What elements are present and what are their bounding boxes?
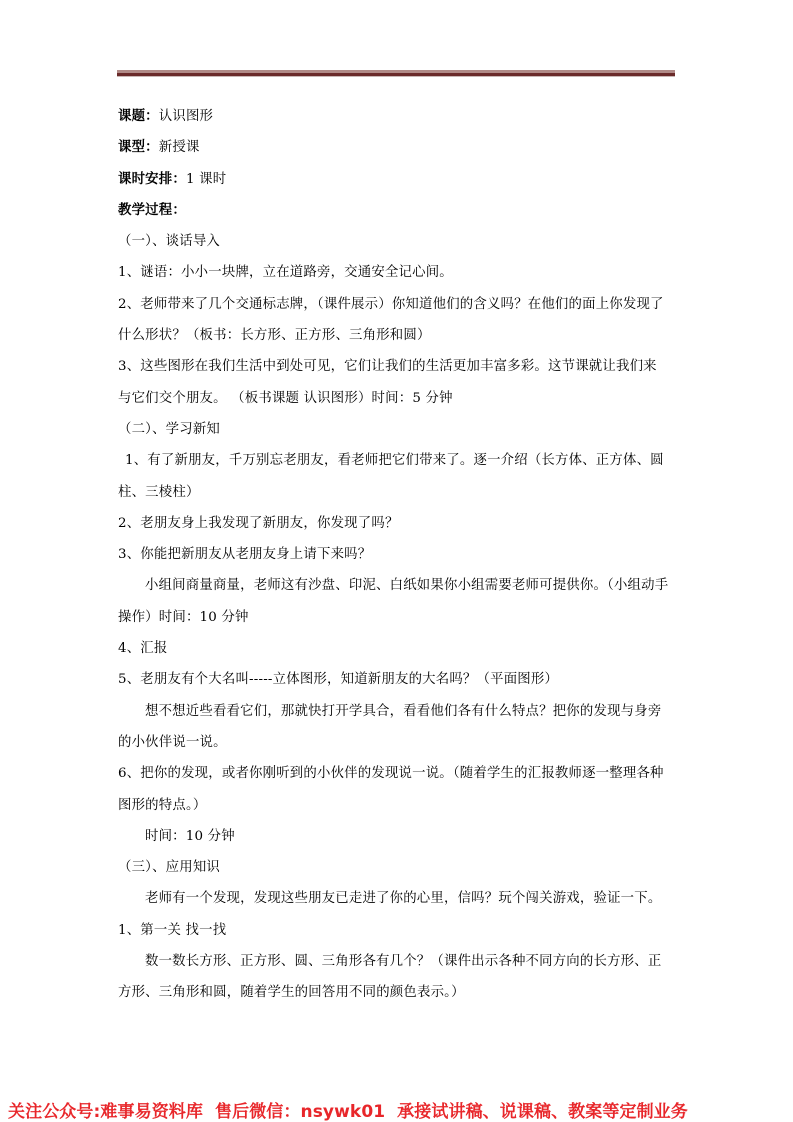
paragraph: 1、第一关 找一找	[118, 915, 678, 946]
header-rule-thin	[117, 76, 675, 77]
footer-account: 关注公众号:难事易资料库	[8, 1102, 203, 1122]
footer-wechat-id: nsywk01	[301, 1102, 386, 1122]
paragraph: 数一数长方形、正方形、圆、三角形各有几个？（课件出示各种不同方向的长方形、正	[118, 946, 678, 977]
section-2-title: （二）、学习新知	[118, 414, 678, 445]
header-rule	[117, 70, 675, 77]
footer-wechat-label: 售后微信：	[215, 1102, 301, 1122]
paragraph: 方形、三角形和圆，随着学生的回答用不同的颜色表示。）	[118, 977, 678, 1008]
section-3-title: （三）、应用知识	[118, 852, 678, 883]
paragraph: 2、老朋友身上我发现了新朋友，你发现了吗？	[118, 508, 678, 539]
topic-label: 课题：	[118, 108, 159, 124]
document-body: 课题：认识图形 课型：新授课 课时安排：1 课时 教学过程： （一）、谈话导入 …	[118, 101, 678, 1009]
paragraph: 老师有一个发现，发现这些朋友已走进了你的心里，信吗？玩个闯关游戏，验证一下。	[118, 883, 678, 914]
hours-line: 课时安排：1 课时	[118, 164, 678, 195]
paragraph: 4、汇报	[118, 633, 678, 664]
paragraph: 的小伙伴说一说。	[118, 727, 678, 758]
hours-value: 1 课时	[186, 172, 226, 187]
topic-value: 认识图形	[159, 109, 213, 124]
paragraph: 柱、三棱柱）	[118, 477, 678, 508]
footer-watermark: 关注公众号:难事易资料库售后微信：nsywk01承接试讲稿、说课稿、教案等定制业…	[8, 1097, 688, 1122]
paragraph: 图形的特点。）	[118, 790, 678, 821]
paragraph: 1、谜语：小小一块牌，立在道路旁，交通安全记心间。	[118, 257, 678, 288]
paragraph: 什么形状？（板书：长方形、正方形、三角形和圆）	[118, 320, 678, 351]
paragraph: 3、你能把新朋友从老朋友身上请下来吗？	[118, 539, 678, 570]
type-value: 新授课	[159, 140, 200, 155]
paragraph: 3、这些图形在我们生活中到处可见，它们让我们的生活更加丰富多彩。这节课就让我们来	[118, 351, 678, 382]
paragraph: 想不想近些看看它们，那就快打开学具合，看看他们各有什么特点？把你的发现与身旁	[118, 696, 678, 727]
footer-service: 承接试讲稿、说课稿、教案等定制业务	[397, 1102, 688, 1122]
paragraph: 与它们交个朋友。 （板书课题 认识图形）时间：5 分钟	[118, 383, 678, 414]
type-label: 课型：	[118, 139, 159, 155]
hours-label: 课时安排：	[118, 171, 186, 187]
type-line: 课型：新授课	[118, 132, 678, 163]
paragraph: 操作）时间：10 分钟	[118, 602, 678, 633]
process-heading: 教学过程：	[118, 195, 678, 226]
paragraph: 小组间商量商量，老师这有沙盘、印泥、白纸如果你小组需要老师可提供你。（小组动手	[118, 570, 678, 601]
paragraph: 6、把你的发现，或者你刚听到的小伙伴的发现说一说。（随着学生的汇报教师逐一整理各…	[118, 758, 678, 789]
topic-line: 课题：认识图形	[118, 101, 678, 132]
paragraph: 1、有了新朋友，千万别忘老朋友，看老师把它们带来了。逐一介绍（长方体、正方体、圆	[118, 445, 678, 476]
section-1-title: （一）、谈话导入	[118, 226, 678, 257]
paragraph: 5、老朋友有个大名叫-----立体图形，知道新朋友的大名吗？（平面图形）	[118, 664, 678, 695]
paragraph: 时间：10 分钟	[118, 821, 678, 852]
paragraph: 2、老师带来了几个交通标志牌，（课件展示）你知道他们的含义吗？在他们的面上你发现…	[118, 289, 678, 320]
